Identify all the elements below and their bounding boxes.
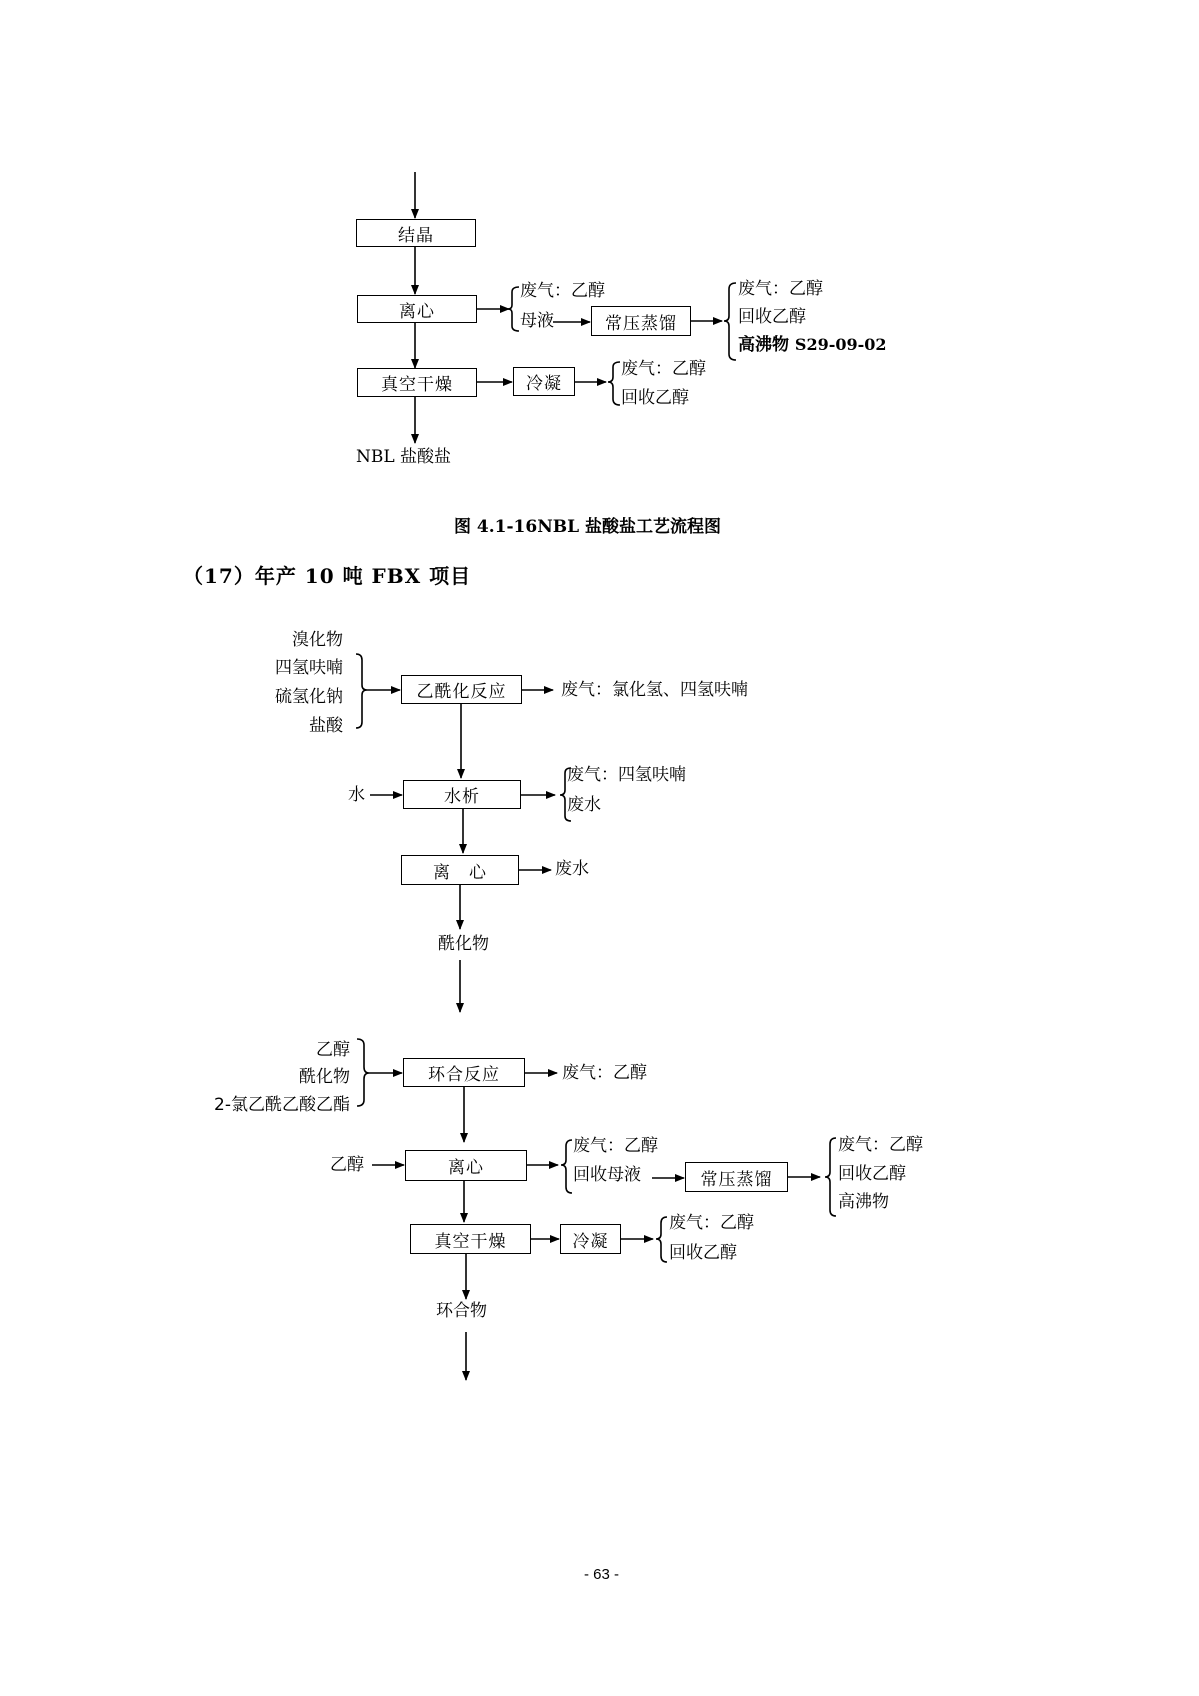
- box-crystallize: 结晶: [356, 219, 476, 247]
- page-number: - 63 -: [584, 1566, 619, 1583]
- section-heading: （17）年产 10 吨 FBX 项目: [183, 560, 471, 589]
- centrifuge-output-waste-gas: 废气：乙醇: [520, 281, 605, 301]
- high-boiler-label: 高沸物: [738, 335, 789, 355]
- acylation-input-2: 四氢呋喃: [250, 658, 343, 678]
- water-precip-output-wastewater: 废水: [567, 795, 601, 815]
- distill-2-output-waste-gas: 废气：乙醇: [838, 1135, 923, 1155]
- flow-lines: [0, 0, 1199, 1696]
- box-centrifuge: 离心: [357, 295, 477, 323]
- box-centrifuge-1: 离 心: [401, 855, 519, 885]
- water-input: 水: [348, 785, 365, 805]
- box-vacuum-dry: 真空干燥: [357, 368, 477, 397]
- box-condense-2: 冷凝: [560, 1224, 621, 1254]
- acylation-input-4: 盐酸: [250, 716, 343, 736]
- box-condense: 冷凝: [513, 367, 575, 396]
- condense-2-output-recovered-ethanol: 回收乙醇: [669, 1243, 737, 1263]
- acylation-output: 废气：氯化氢、四氢呋喃: [561, 680, 748, 700]
- high-boiler-code: S29-09-02: [795, 335, 887, 354]
- cyclization-input-3: 2-氯乙酰乙酸乙酯: [180, 1095, 350, 1115]
- water-precip-output-waste-gas: 废气：四氢呋喃: [567, 765, 686, 785]
- distill-output-high-boiler: 高沸物 S29-09-02: [738, 335, 887, 355]
- box-vacuum-dry-2: 真空干燥: [410, 1224, 531, 1254]
- distill-output-recovered-ethanol: 回收乙醇: [738, 307, 806, 327]
- cyclization-input-2: 酰化物: [180, 1067, 350, 1087]
- box-acylation: 乙酰化反应: [401, 675, 522, 704]
- box-distill: 常压蒸馏: [591, 306, 691, 336]
- cyclization-output: 废气：乙醇: [562, 1063, 647, 1083]
- centrifuge-2-output-mother-liquor: 回收母液: [573, 1165, 641, 1185]
- box-distill-2: 常压蒸馏: [685, 1162, 788, 1192]
- box-water-precipitation: 水析: [403, 780, 521, 809]
- condense-2-output-waste-gas: 废气：乙醇: [669, 1213, 754, 1233]
- condense-output-waste-gas: 废气：乙醇: [621, 359, 706, 379]
- distill-2-output-recovered-ethanol: 回收乙醇: [838, 1164, 906, 1184]
- distill-output-waste-gas: 废气：乙醇: [738, 279, 823, 299]
- intermediate-cyclized: 环合物: [436, 1301, 487, 1321]
- figure-1-caption: 图 4.1-16NBL 盐酸盐工艺流程图: [454, 512, 721, 537]
- box-centrifuge-2: 离心: [405, 1150, 527, 1181]
- centrifuge-1-output: 废水: [555, 859, 589, 879]
- cyclization-input-1: 乙醇: [180, 1040, 350, 1060]
- acylation-input-1: 溴化物: [250, 630, 343, 650]
- condense-output-recovered-ethanol: 回收乙醇: [621, 388, 689, 408]
- distill-2-output-high-boiler: 高沸物: [838, 1192, 889, 1212]
- acylation-input-3: 硫氢化钠: [250, 687, 343, 707]
- centrifuge-2-output-waste-gas: 废气：乙醇: [573, 1136, 658, 1156]
- centrifuge-output-mother-liquor: 母液: [520, 311, 554, 331]
- product-label: NBL 盐酸盐: [356, 447, 451, 467]
- intermediate-acylate: 酰化物: [438, 934, 489, 954]
- ethanol-input: 乙醇: [330, 1155, 364, 1175]
- box-cyclization: 环合反应: [403, 1058, 525, 1087]
